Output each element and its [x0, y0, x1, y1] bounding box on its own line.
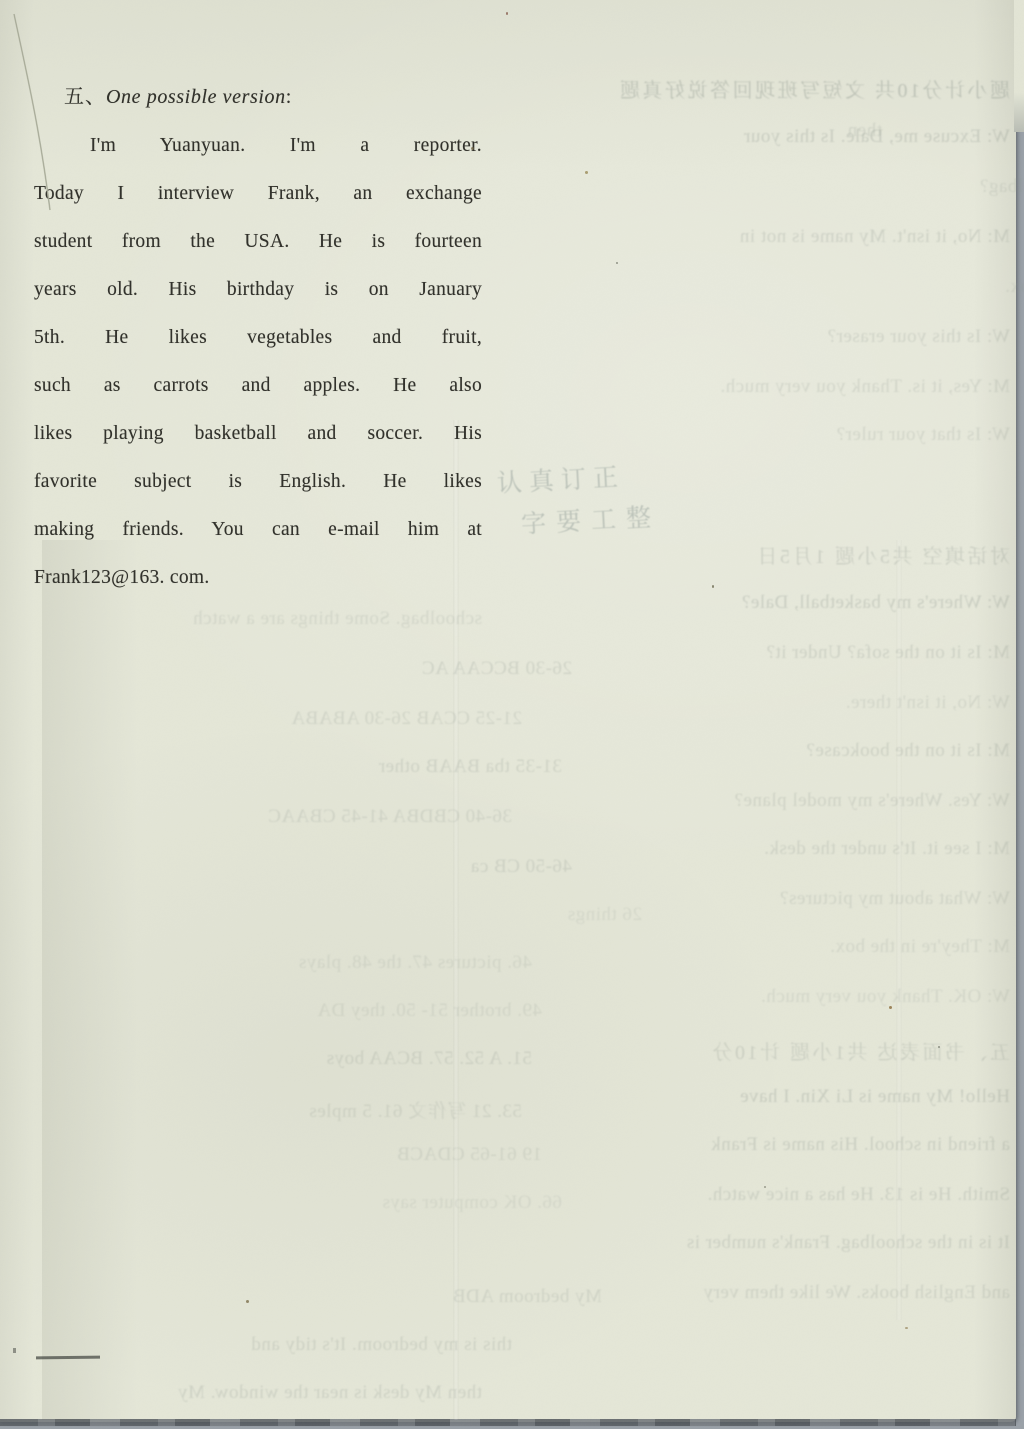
paper-top-right-edge — [1014, 0, 1024, 132]
essay-line: years old. His birthday is on January — [34, 266, 482, 314]
paper-speck — [246, 1300, 249, 1303]
paper-bottom-edge — [0, 1419, 1016, 1426]
paper-speck — [471, 147, 474, 150]
essay-line: making friends. You can e-mail him at — [34, 506, 482, 554]
paper-speck — [506, 12, 508, 15]
bottom-left-pen-dot — [13, 1348, 16, 1353]
paper-speck — [712, 585, 714, 588]
vertical-crease — [896, 540, 902, 1320]
essay-line: such as carrots and apples. He also — [34, 362, 482, 410]
paper-speck — [905, 1327, 908, 1329]
paper-speck — [889, 1006, 892, 1009]
heading-title: One possible version — [106, 86, 286, 108]
paper-speck — [585, 171, 588, 174]
paper-speck — [938, 1046, 940, 1048]
essay-line: 5th. He likes vegetables and fruit, — [34, 314, 482, 362]
essay-line: Frank123@163. com. — [34, 554, 482, 602]
essay-line: favorite subject is English. He likes — [34, 458, 482, 506]
pencil-note: 认真订正 字要工整 — [496, 452, 720, 547]
essay-line: likes playing basketball and soccer. His — [34, 410, 482, 458]
heading-colon: : — [286, 86, 292, 108]
paper-speck — [616, 262, 618, 264]
page-corner-crease — [0, 0, 120, 260]
paper-speck — [764, 1186, 766, 1188]
scanned-page: 题小计分10共 文短写班现回答说好真题W: Excuse me, Dale. I… — [0, 0, 1024, 1429]
fold-shadow — [42, 540, 162, 1420]
